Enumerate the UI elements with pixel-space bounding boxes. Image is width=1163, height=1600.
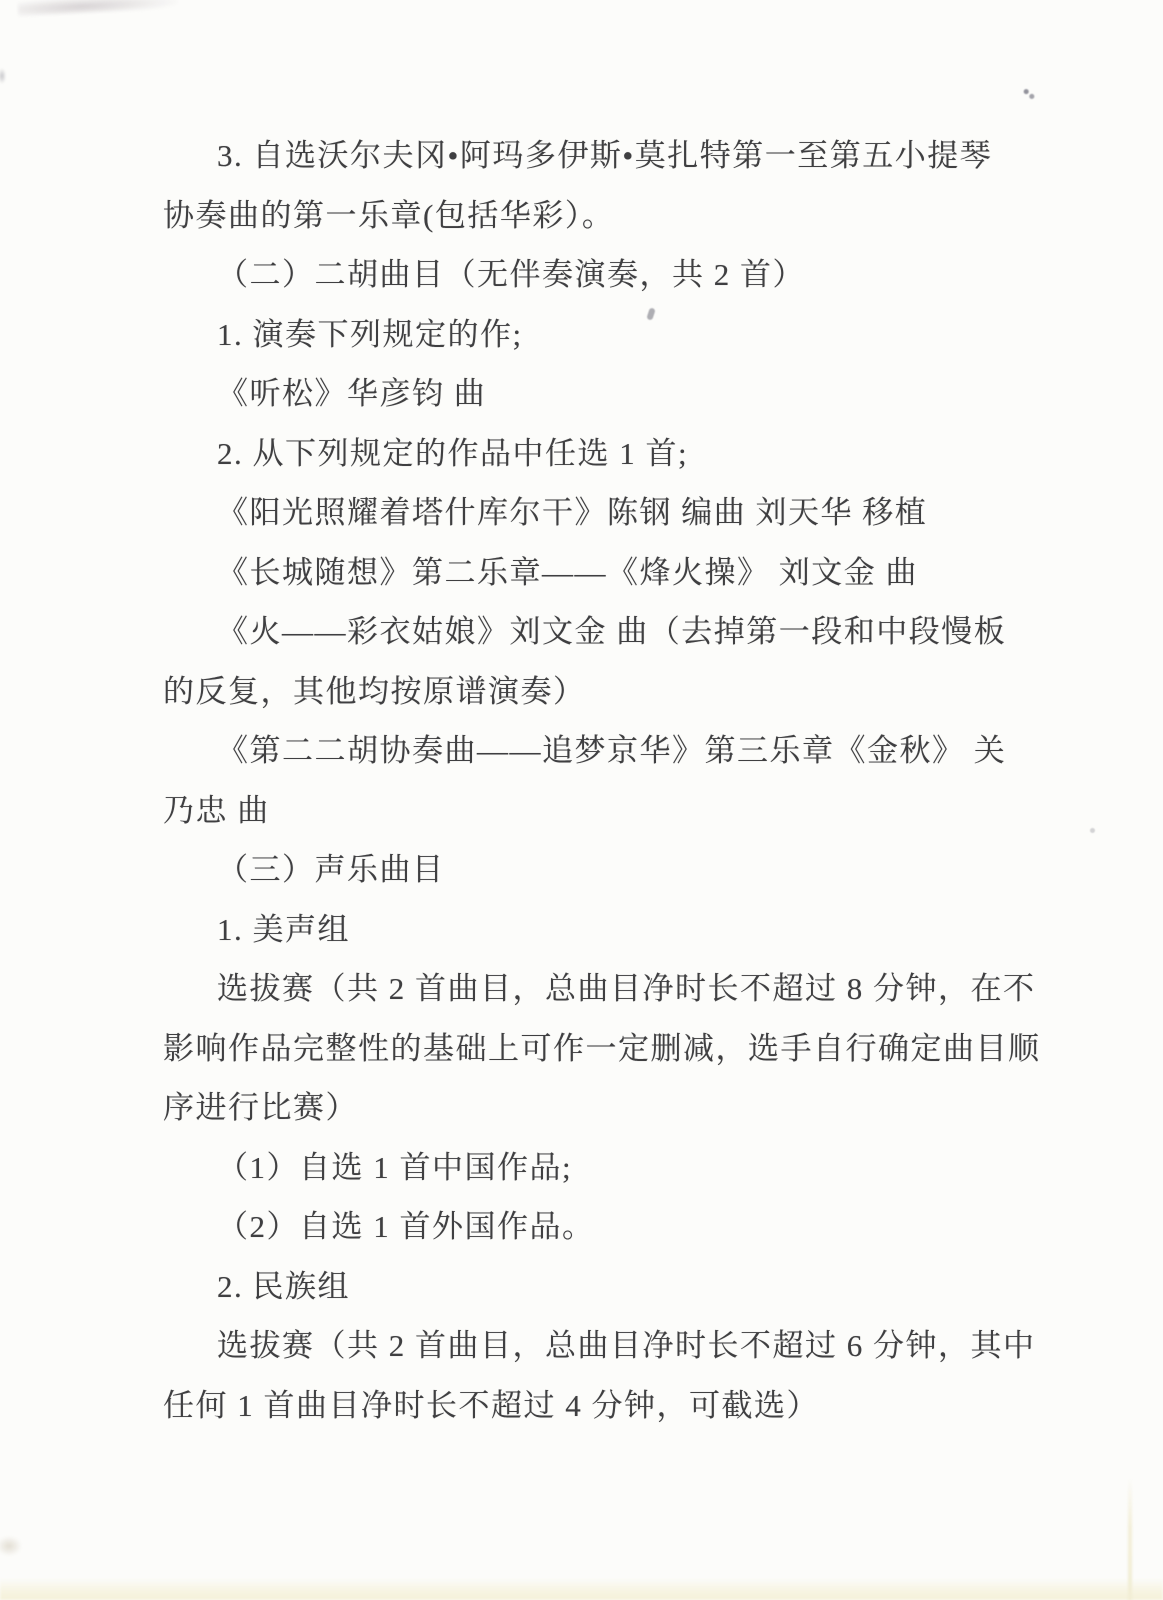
text-line: 2. 从下列规定的作品中任选 1 首; [163, 424, 1023, 484]
section-heading: （三）声乐曲目 [163, 840, 1023, 900]
text-line: （2）自选 1 首外国作品。 [163, 1197, 1023, 1257]
text-line: 3. 自选沃尔夫冈•阿玛多伊斯•莫扎特第一至第五小提琴 [163, 126, 1023, 186]
scanned-document-page: 3. 自选沃尔夫冈•阿玛多伊斯•莫扎特第一至第五小提琴 协奏曲的第一乐章(包括华… [0, 0, 1163, 1600]
scan-speck-right [1090, 828, 1095, 833]
scan-shadow-bottom-edge [0, 1578, 1163, 1600]
scan-smudge-bottom-left [0, 1536, 22, 1556]
text-line: 选拔赛（共 2 首曲目，总曲目净时长不超过 8 分钟，在不 [163, 959, 1023, 1019]
text-line: 2. 民族组 [163, 1257, 1023, 1317]
text-line: 《第二二胡协奏曲——追梦京华》第三乐章《金秋》 关 [163, 721, 1023, 781]
scan-smudge-top-left [18, 0, 179, 16]
text-line: 影响作品完整性的基础上可作一定删减，选手自行确定曲目顺 [163, 1019, 1023, 1079]
text-line: 协奏曲的第一乐章(包括华彩）。 [163, 186, 1023, 246]
text-line: 《长城随想》第二乐章——《烽火操》 刘文金 曲 [163, 543, 1023, 603]
text-line: 的反复，其他均按原谱演奏） [163, 662, 1023, 722]
text-line: 《火——彩衣姑娘》刘文金 曲（去掉第一段和中段慢板 [163, 602, 1023, 662]
scan-line-bottom-right [1128, 1478, 1132, 1600]
text-line: 1. 美声组 [163, 900, 1023, 960]
document-body: 3. 自选沃尔夫冈•阿玛多伊斯•莫扎特第一至第五小提琴 协奏曲的第一乐章(包括华… [163, 126, 1023, 1435]
text-line: 《听松》华彦钧 曲 [163, 364, 1023, 424]
text-line: 选拔赛（共 2 首曲目，总曲目净时长不超过 6 分钟，其中 [163, 1316, 1023, 1376]
section-heading: （二）二胡曲目（无伴奏演奏，共 2 首） [163, 245, 1023, 305]
text-line: 1. 演奏下列规定的作; [163, 305, 1023, 365]
scan-speck-top-right [1022, 88, 1036, 100]
text-line: 乃忠 曲 [163, 781, 1023, 841]
text-line: 《阳光照耀着塔什库尔干》陈钢 编曲 刘天华 移植 [163, 483, 1023, 543]
text-line: 序进行比赛） [163, 1078, 1023, 1138]
text-line: （1）自选 1 首中国作品; [163, 1138, 1023, 1198]
scan-mark-left-edge [0, 68, 6, 84]
text-line: 任何 1 首曲目净时长不超过 4 分钟，可截选） [163, 1376, 1023, 1436]
